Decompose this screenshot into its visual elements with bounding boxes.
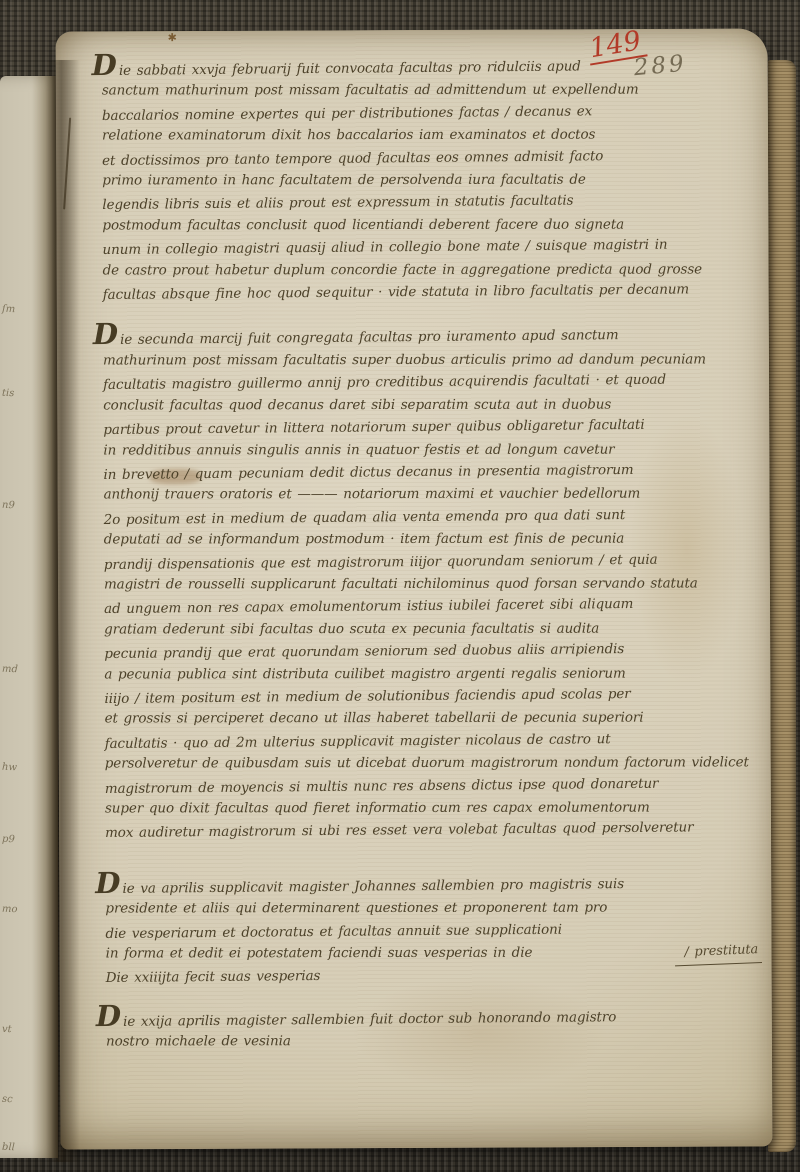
entry-apr-26: Die xxija aprilis magister sallembien fu… <box>96 1001 758 1054</box>
initial-capital: D <box>92 48 119 82</box>
initial-capital: D <box>95 866 122 900</box>
manuscript-text-area: Die sabbati xxvja februarij fuit convoca… <box>92 51 758 1055</box>
manuscript-line: facultatis magistro guillermo annij pro … <box>93 368 755 397</box>
manuscript-line: presidente et aliis qui determinarent qu… <box>95 897 757 921</box>
initial-capital: D <box>96 999 123 1033</box>
facing-page-text-fragment: tis <box>2 388 15 399</box>
manuscript-line: Die secunda marcij fuit congregata facul… <box>93 318 755 352</box>
facing-page-text-fragment: p9 <box>2 834 15 845</box>
facing-page-text-fragment: vt <box>2 1024 12 1035</box>
facing-page-text-fragment: bll <box>2 1142 15 1153</box>
manuscript-line: facultas absque fine hoc quod sequitur ·… <box>93 278 755 307</box>
manuscript-page: ✱ 149 289 Die sabbati xxvja februarij fu… <box>56 28 773 1149</box>
manuscript-line: Die va aprilis supplicavit magister Joha… <box>95 867 757 901</box>
manuscript-line: nostro michaele de vesinia <box>96 1030 758 1054</box>
manuscript-line: anthonij trauers oratoris et ——— notario… <box>94 483 756 507</box>
facing-page-text-fragment: n9 <box>2 500 15 511</box>
entry-apr-5: Die va aprilis supplicavit magister Joha… <box>95 868 758 988</box>
facing-page-text-fragment: mo <box>2 904 18 916</box>
facing-page-text-fragment: ſm <box>2 304 16 315</box>
manuscript-line: relatione examinatorum dixit hos baccala… <box>92 124 754 148</box>
manuscript-line: mox audiretur magistrorum si ubi res ess… <box>95 816 757 845</box>
manuscript-line: pecunia prandij que erat quorundam senio… <box>94 637 756 666</box>
manuscript-line: Die xxija aprilis magister sallembien fu… <box>96 1000 758 1034</box>
margin-stroke <box>63 118 71 210</box>
manuscript-line: deputati ad se informandum postmodum · i… <box>94 527 756 551</box>
facing-page-text-fragment: md <box>2 664 18 676</box>
manuscript-line: Die sabbati xxvja februarij fuit convoca… <box>92 49 754 83</box>
margin-star-mark: ✱ <box>168 31 177 44</box>
manuscript-line: Die xxiiijta fecit suas vesperias <box>96 961 758 990</box>
initial-capital: D <box>93 317 120 351</box>
manuscript-line: partibus prout cavetur in littera notari… <box>93 413 755 442</box>
facing-page-text-fragment: hw <box>2 762 17 774</box>
manuscript-line: unum in collegio magistri quasij aliud i… <box>92 233 754 262</box>
entry-mar-2: Die secunda marcij fuit congregata facul… <box>93 320 757 843</box>
facing-page-text-fragment: sc <box>2 1094 13 1105</box>
manuscript-line: persolveretur de quibusdam suis ut diceb… <box>95 752 757 776</box>
entry-feb-26: Die sabbati xxvja februarij fuit convoca… <box>92 51 755 305</box>
margin-note: prestituta <box>674 939 762 967</box>
book-fore-edge <box>768 60 796 1152</box>
facing-page-edge: ſm tis n9 md hw p9 mo vt sc bll <box>0 76 58 1158</box>
